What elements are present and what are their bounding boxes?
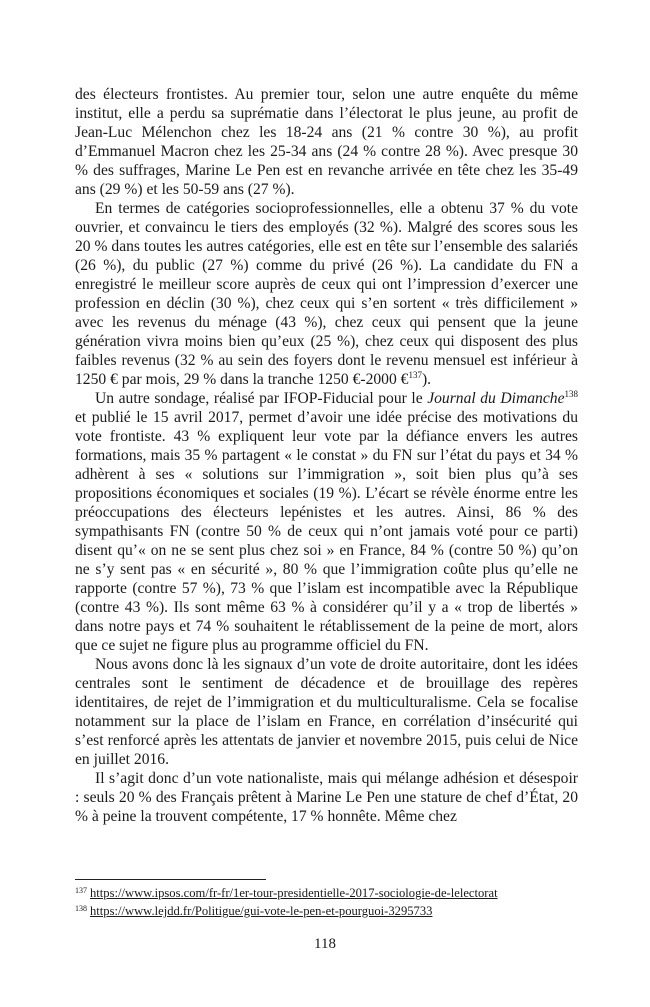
footnote-number: 137 <box>75 886 87 895</box>
paragraph-2-tail: ). <box>422 371 431 388</box>
footnotes: 137https://www.ipsos.com/fr-fr/1er-tour-… <box>75 883 595 919</box>
page-number: 118 <box>0 936 650 953</box>
paragraph-2-text: En termes de catégories socioprofessionn… <box>75 200 578 388</box>
footnote-link-ipsos[interactable]: https://www.ipsos.com/fr-fr/1er-tour-pre… <box>90 886 498 900</box>
footnote-138: 138https://www.lejdd.fr/Politigue/gui-vo… <box>75 901 595 919</box>
footnote-separator <box>75 879 266 880</box>
footnote-ref-137[interactable]: 137 <box>408 370 422 380</box>
footnote-link-lejdd[interactable]: https://www.lejdd.fr/Politigue/gui-vote-… <box>90 904 432 918</box>
publication-title: Journal du Dimanche <box>427 390 564 407</box>
footnote-ref-138[interactable]: 138 <box>565 389 579 399</box>
page-body: des électeurs frontistes. Au premier tou… <box>75 85 578 826</box>
paragraph-3-text: et publié le 15 avril 2017, permet d’avo… <box>75 409 578 654</box>
footnote-number: 138 <box>75 904 87 913</box>
paragraph-5: Il s’agit donc d’un vote nationaliste, m… <box>75 769 578 826</box>
paragraph-1: des électeurs frontistes. Au premier tou… <box>75 85 578 199</box>
paragraph-4: Nous avons donc là les signaux d’un vote… <box>75 655 578 769</box>
paragraph-3: Un autre sondage, réalisé par IFOP-Fiduc… <box>75 389 578 655</box>
footnote-137: 137https://www.ipsos.com/fr-fr/1er-tour-… <box>75 883 595 901</box>
paragraph-2: En termes de catégories socioprofessionn… <box>75 199 578 389</box>
paragraph-3-lead: Un autre sondage, réalisé par IFOP-Fiduc… <box>95 390 427 407</box>
